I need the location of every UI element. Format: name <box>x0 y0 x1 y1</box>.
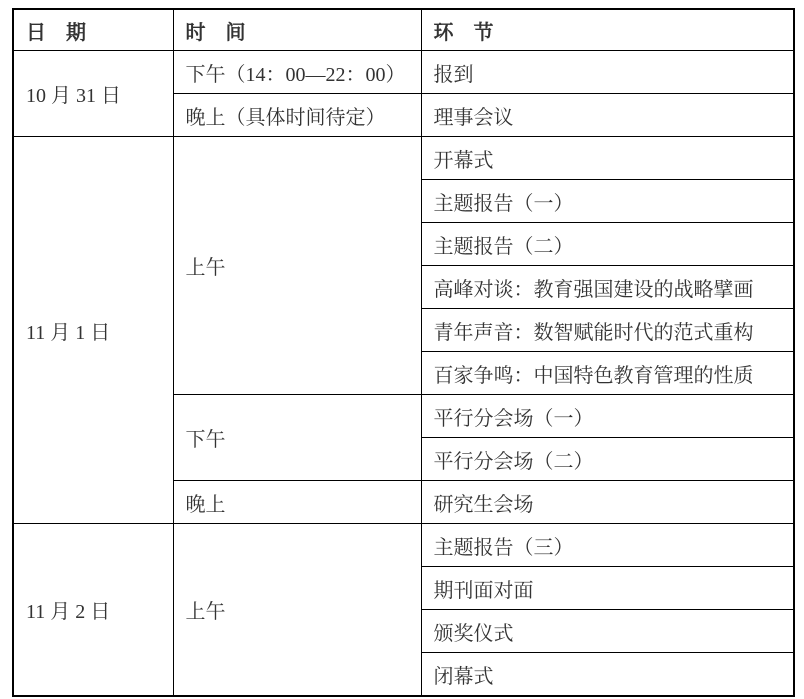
time-cell: 上午 <box>173 524 421 697</box>
date-cell: 10 月 31 日 <box>13 51 173 137</box>
table-row: 10 月 31 日 下午（14：00—22：00） 报到 <box>13 51 794 94</box>
header-cell-time: 时 间 <box>173 9 421 51</box>
session-cell: 百家争鸣：中国特色教育管理的性质 <box>421 352 794 395</box>
session-cell: 主题报告（一） <box>421 180 794 223</box>
session-cell: 主题报告（二） <box>421 223 794 266</box>
date-cell: 11 月 1 日 <box>13 137 173 524</box>
time-cell: 晚上 <box>173 481 421 524</box>
time-cell: 下午 <box>173 395 421 481</box>
header-cell-session: 环 节 <box>421 9 794 51</box>
schedule-page: 日 期 时 间 环 节 10 月 31 日 下午（14：00—22：00） 报到… <box>0 0 804 699</box>
time-cell: 下午（14：00—22：00） <box>173 51 421 94</box>
session-cell: 研究生会场 <box>421 481 794 524</box>
header-row: 日 期 时 间 环 节 <box>13 9 794 51</box>
session-cell: 闭幕式 <box>421 653 794 697</box>
table-row: 11 月 2 日 上午 主题报告（三） <box>13 524 794 567</box>
session-cell: 理事会议 <box>421 94 794 137</box>
session-cell: 主题报告（三） <box>421 524 794 567</box>
session-cell: 平行分会场（二） <box>421 438 794 481</box>
session-cell: 青年声音：数智赋能时代的范式重构 <box>421 309 794 352</box>
session-cell: 期刊面对面 <box>421 567 794 610</box>
session-cell: 颁奖仪式 <box>421 610 794 653</box>
time-cell: 上午 <box>173 137 421 395</box>
table-row: 11 月 1 日 上午 开幕式 <box>13 137 794 180</box>
date-cell: 11 月 2 日 <box>13 524 173 697</box>
time-cell: 晚上（具体时间待定） <box>173 94 421 137</box>
session-cell: 开幕式 <box>421 137 794 180</box>
schedule-table: 日 期 时 间 环 节 10 月 31 日 下午（14：00—22：00） 报到… <box>12 8 795 697</box>
session-cell: 报到 <box>421 51 794 94</box>
session-cell: 高峰对谈：教育强国建设的战略擘画 <box>421 266 794 309</box>
session-cell: 平行分会场（一） <box>421 395 794 438</box>
header-cell-date: 日 期 <box>13 9 173 51</box>
